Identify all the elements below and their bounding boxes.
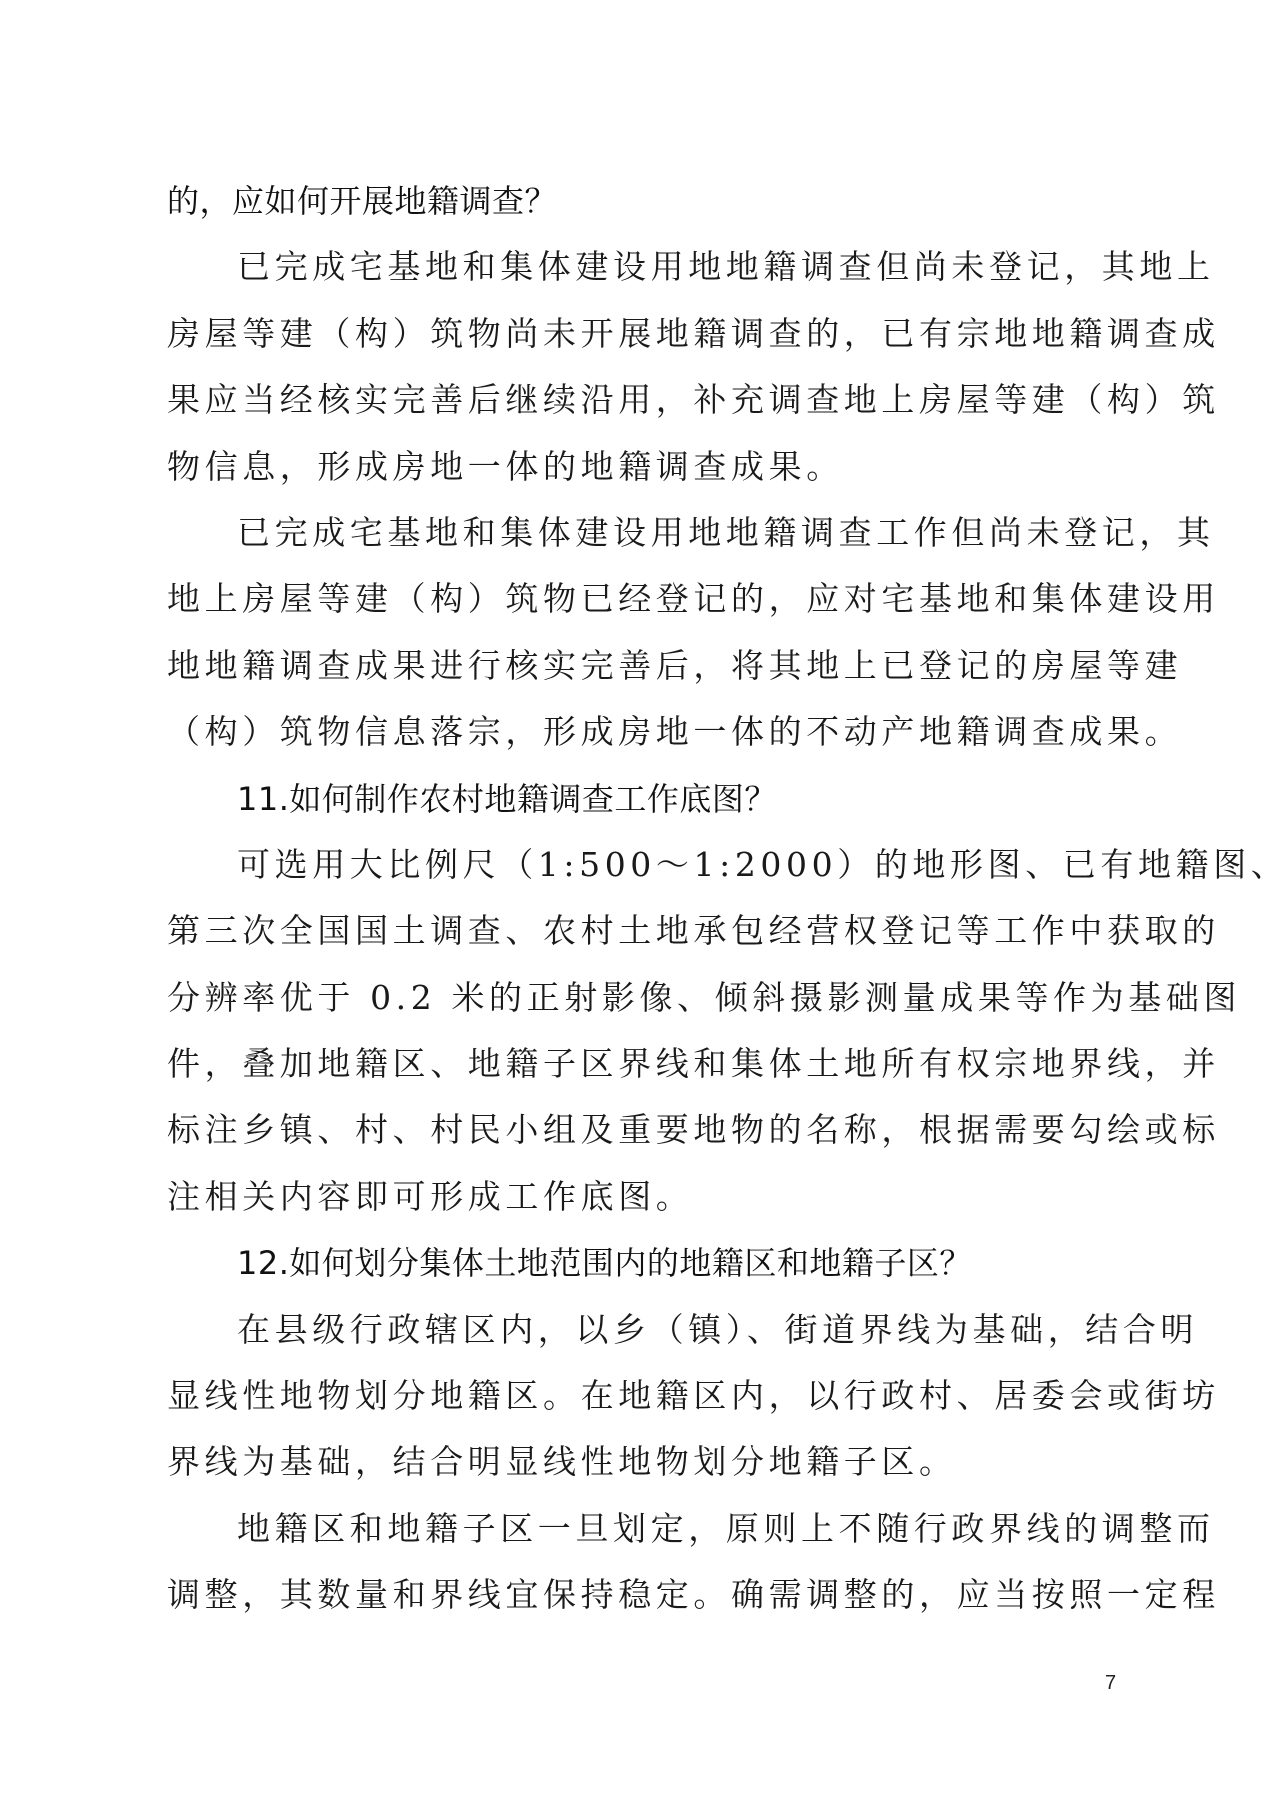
paragraph-line: 标注乡镇、村、村民小组及重要地物的名称，根据需要勾绘或标 [167,1097,1127,1163]
paragraph-line: 已完成宅基地和集体建设用地地籍调查工作但尚未登记，其 [167,500,1127,566]
paragraph-line: 在县级行政辖区内，以乡（镇）、街道界线为基础，结合明 [167,1297,1127,1363]
paragraph-line: 分辨率优于 0.2 米的正射影像、倾斜摄影测量成果等作为基础图 [167,965,1127,1031]
paragraph-line: 已完成宅基地和集体建设用地地籍调查但尚未登记，其地上 [167,234,1127,300]
paragraph-line: 显线性地物划分地籍区。在地籍区内，以行政村、居委会或街坊 [167,1363,1127,1429]
paragraph-line: 果应当经核实完善后继续沿用，补充调查地上房屋等建（构）筑 [167,367,1127,433]
section-heading-12: 12.如何划分集体土地范围内的地籍区和地籍子区？ [167,1230,1127,1296]
heading-continuation: 的，应如何开展地籍调查？ [167,168,1127,234]
paragraph-line: 房屋等建（构）筑物尚未开展地籍调查的，已有宗地地籍调查成 [167,301,1127,367]
paragraph-line: 件，叠加地籍区、地籍子区界线和集体土地所有权宗地界线，并 [167,1031,1127,1097]
paragraph-line: 调整，其数量和界线宜保持稳定。确需调整的，应当按照一定程 [167,1562,1127,1628]
paragraph-line: 注相关内容即可形成工作底图。 [167,1164,1127,1230]
paragraph-line: 物信息，形成房地一体的地籍调查成果。 [167,434,1127,500]
section-heading-11: 11.如何制作农村地籍调查工作底图？ [167,766,1127,832]
paragraph-line: （构）筑物信息落宗，形成房地一体的不动产地籍调查成果。 [167,699,1127,765]
document-page: 的，应如何开展地籍调查？ 已完成宅基地和集体建设用地地籍调查但尚未登记，其地上 … [167,168,1127,1629]
paragraph-line: 第三次全国国土调查、农村土地承包经营权登记等工作中获取的 [167,898,1127,964]
paragraph-line: 地籍区和地籍子区一旦划定，原则上不随行政界线的调整而 [167,1496,1127,1562]
paragraph-line: 地地籍调查成果进行核实完善后，将其地上已登记的房屋等建 [167,633,1127,699]
paragraph-line: 界线为基础，结合明显线性地物划分地籍子区。 [167,1429,1127,1495]
paragraph-line: 地上房屋等建（构）筑物已经登记的，应对宅基地和集体建设用 [167,566,1127,632]
paragraph-line: 可选用大比例尺（1:500～1:2000）的地形图、已有地籍图、 [167,832,1127,898]
page-number: 7 [1105,1672,1116,1695]
